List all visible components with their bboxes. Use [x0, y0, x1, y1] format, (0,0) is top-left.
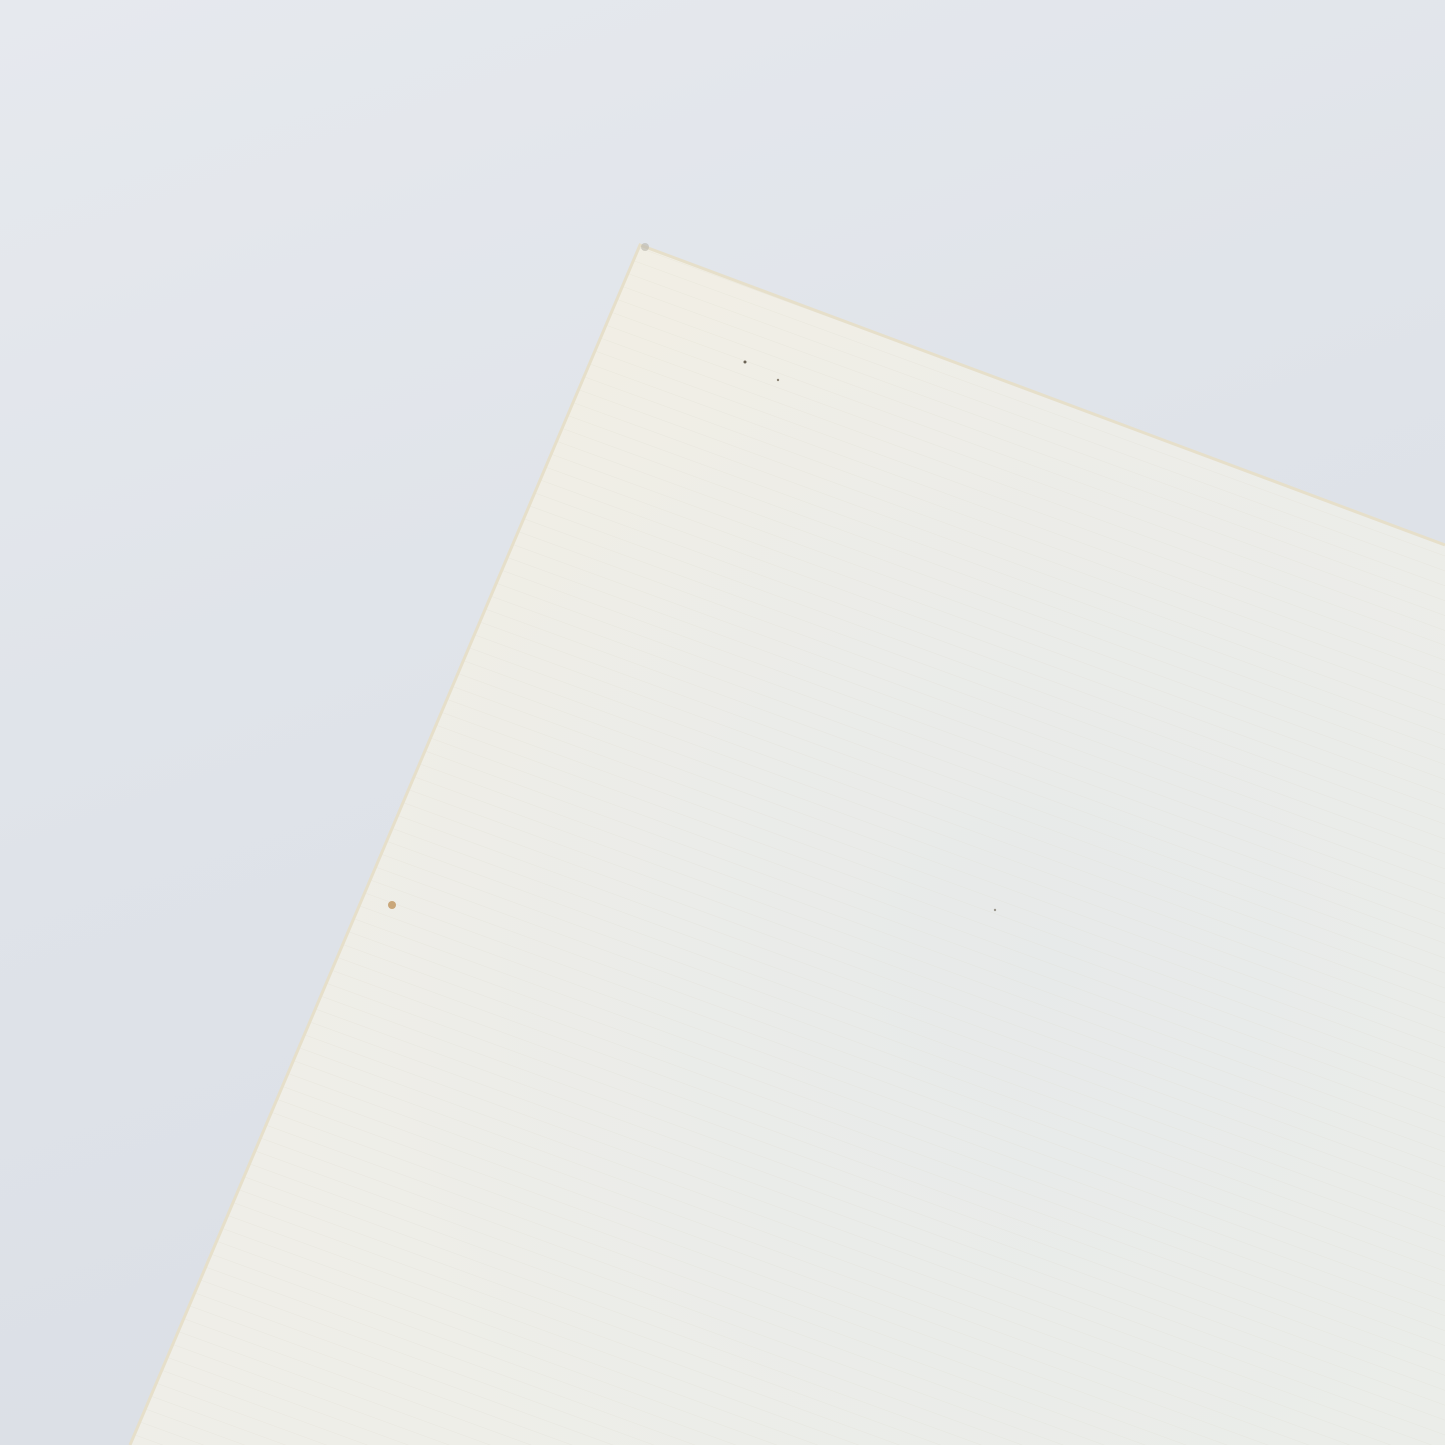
board-shape: [0, 0, 1445, 1445]
dust-spot: [744, 361, 747, 364]
dust-spot: [994, 909, 996, 911]
dust-spot: [777, 379, 779, 381]
stain-spot: [388, 901, 396, 909]
art-board: [0, 0, 1445, 1445]
photo-scene: [0, 0, 1445, 1445]
corner-chip: [641, 243, 649, 251]
